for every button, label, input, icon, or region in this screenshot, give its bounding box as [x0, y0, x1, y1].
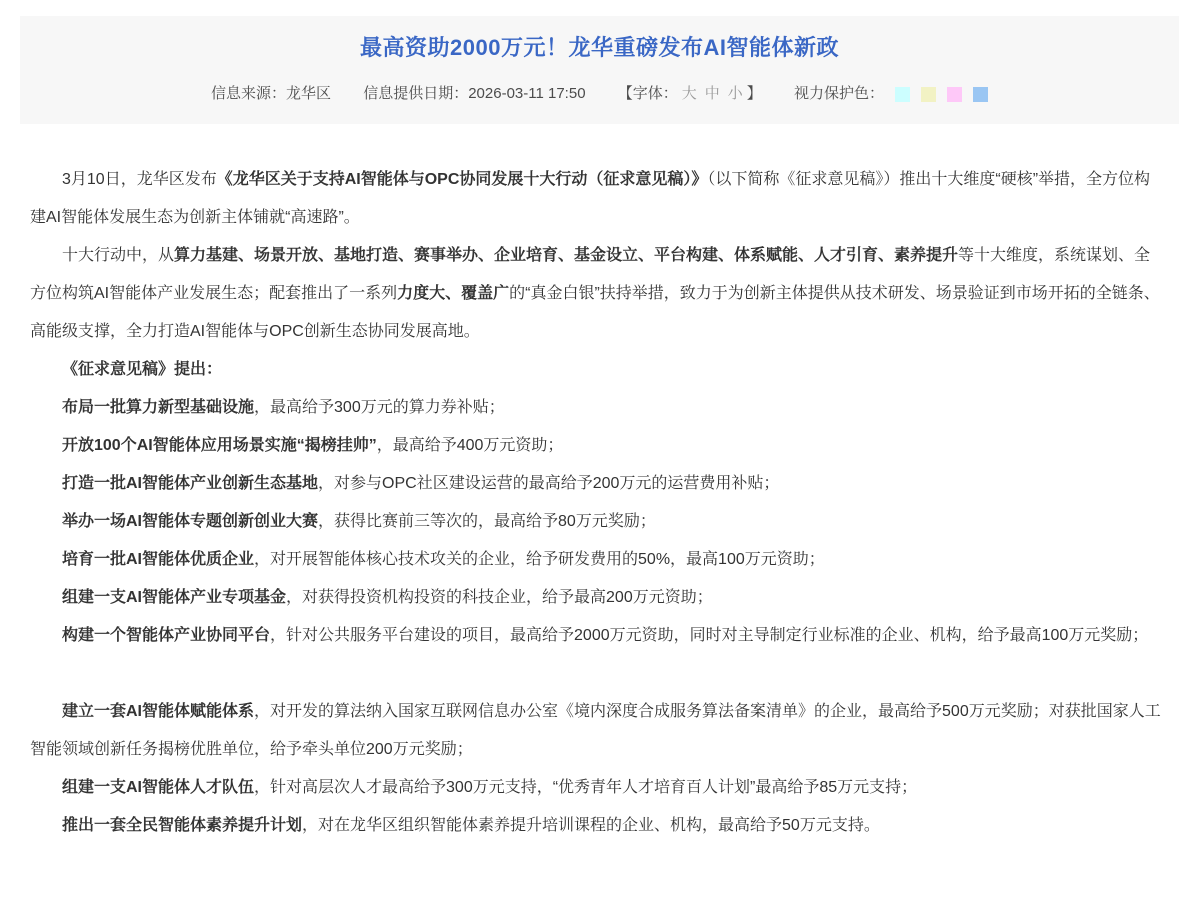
measure-innovation-bases: 打造一批AI智能体产业创新生态基地，对参与OPC社区建设运营的最高给予200万元… [30, 465, 1166, 503]
measure-application-scenarios: 开放100个AI智能体应用场景实施“揭榜挂帅”，最高给予400万元资助； [30, 427, 1166, 465]
measure-literacy-program: 推出一套全民智能体素养提升计划，对在龙华区组织智能体素养提升培训课程的企业、机构… [30, 807, 1166, 845]
paragraph-text: ，对开展智能体核心技术攻关的企业，给予研发费用的50%，最高100万元资助； [254, 551, 825, 568]
measure-competition: 举办一场AI智能体专题创新创业大赛，获得比赛前三等次的，最高给予80万元奖励； [30, 503, 1166, 541]
page-title: 最高资助2000万元！龙华重磅发布AI智能体新政 [20, 31, 1179, 62]
eye-protection-label: 视力保护色： [794, 85, 884, 102]
font-size-options: 大中小 [678, 85, 747, 102]
info-date-label: 信息提供日期： [363, 85, 468, 102]
measure-computing-infrastructure: 布局一批算力新型基础设施，最高给予300万元的算力券补贴； [30, 389, 1166, 427]
draft-proposes-heading: 《征求意见稿》提出： [30, 351, 1166, 389]
spacer-paragraph [30, 655, 1166, 693]
paragraph-text: ，针对公共服务平台建设的项目，最高给予2000万元资助，同时对主导制定行业标准的… [270, 627, 1148, 644]
article-body: 3月10日，龙华区发布《龙华区关于支持AI智能体与OPC协同发展十大行动（征求意… [0, 124, 1196, 845]
intro-paragraph: 3月10日，龙华区发布《龙华区关于支持AI智能体与OPC协同发展十大行动（征求意… [30, 161, 1166, 237]
paragraph-bold-text: 力度大、覆盖广 [397, 285, 509, 302]
paragraph-bold-text: 组建一支AI智能体产业专项基金 [62, 589, 286, 606]
info-date-value: 2026-03-11 17:50 [468, 85, 585, 102]
font-size-control: 【字体：大中小】 [618, 85, 762, 103]
font-size-label-end: 】 [747, 85, 762, 102]
paragraph-bold-text: 布局一批算力新型基础设施 [62, 399, 254, 416]
paragraph-text: ，最高给予300万元的算力券补贴； [254, 399, 505, 416]
measure-quality-enterprises: 培育一批AI智能体优质企业，对开展智能体核心技术攻关的企业，给予研发费用的50%… [30, 541, 1166, 579]
info-source-label: 信息来源： [211, 85, 286, 102]
info-source-value: 龙华区 [286, 85, 331, 102]
eye-color-swatch-3[interactable] [947, 87, 962, 102]
paragraph-text: ，针对高层次人才最高给予300万元支持，“优秀青年人才培育百人计划”最高给予85… [254, 779, 917, 796]
paragraph-text: ，最高给予400万元资助； [377, 437, 564, 454]
paragraph-bold-text: 开放100个AI智能体应用场景实施“揭榜挂帅” [62, 437, 377, 454]
overview-paragraph: 十大行动中，从算力基建、场景开放、基地打造、赛事举办、企业培育、基金设立、平台构… [30, 237, 1166, 351]
font-size-label-start: 【字体： [618, 85, 678, 102]
paragraph-bold-text: 《征求意见稿》提出： [62, 361, 222, 378]
paragraph-bold-text: 建立一套AI智能体赋能体系 [62, 703, 254, 720]
font-size-option-medium[interactable]: 中 [705, 85, 720, 103]
paragraph-bold-text: 算力基建、场景开放、基地打造、赛事举办、企业培育、基金设立、平台构建、体系赋能、… [174, 247, 958, 264]
info-date: 信息提供日期：2026-03-11 17:50 [363, 85, 585, 103]
paragraph-text: ，对在龙华区组织智能体素养提升培训课程的企业、机构，最高给予50万元支持。 [302, 817, 880, 834]
page: 最高资助2000万元！龙华重磅发布AI智能体新政 信息来源：龙华区 信息提供日期… [0, 0, 1196, 906]
font-size-option-large[interactable]: 大 [682, 85, 697, 103]
paragraph-bold-text: 举办一场AI智能体专题创新创业大赛 [62, 513, 318, 530]
eye-protection-swatches [884, 85, 988, 102]
info-source: 信息来源：龙华区 [211, 85, 331, 103]
paragraph-bold-text: 《龙华区关于支持AI智能体与OPC协同发展十大行动（征求意见稿）》 [217, 171, 708, 188]
paragraph-bold-text: 构建一个智能体产业协同平台 [62, 627, 270, 644]
measure-collaboration-platform: 构建一个智能体产业协同平台，针对公共服务平台建设的项目，最高给予2000万元资助… [30, 617, 1166, 655]
paragraph-text: 3月10日，龙华区发布 [62, 171, 217, 188]
paragraph-bold-text: 推出一套全民智能体素养提升计划 [62, 817, 302, 834]
measure-talent-team: 组建一支AI智能体人才队伍，针对高层次人才最高给予300万元支持，“优秀青年人才… [30, 769, 1166, 807]
article-header: 最高资助2000万元！龙华重磅发布AI智能体新政 信息来源：龙华区 信息提供日期… [20, 16, 1179, 124]
article-meta-row: 信息来源：龙华区 信息提供日期：2026-03-11 17:50 【字体：大中小… [20, 85, 1179, 103]
eye-color-swatch-2[interactable] [921, 87, 936, 102]
paragraph-text: 十大行动中，从 [62, 247, 174, 264]
paragraph-text: ，获得比赛前三等次的，最高给予80万元奖励； [318, 513, 656, 530]
paragraph-text: ，对参与OPC社区建设运营的最高给予200万元的运营费用补贴； [318, 475, 779, 492]
measure-empowerment-system: 建立一套AI智能体赋能体系，对开发的算法纳入国家互联网信息办公室《境内深度合成服… [30, 693, 1166, 769]
paragraph-bold-text: 培育一批AI智能体优质企业 [62, 551, 254, 568]
paragraph-text: ，对获得投资机构投资的科技企业，给予最高200万元资助； [286, 589, 713, 606]
measure-special-fund: 组建一支AI智能体产业专项基金，对获得投资机构投资的科技企业，给予最高200万元… [30, 579, 1166, 617]
eye-color-swatch-1[interactable] [895, 87, 910, 102]
eye-color-swatch-4[interactable] [973, 87, 988, 102]
paragraph-bold-text: 组建一支AI智能体人才队伍 [62, 779, 254, 796]
eye-protection-control: 视力保护色： [794, 85, 988, 103]
font-size-option-small[interactable]: 小 [728, 85, 743, 103]
paragraph-bold-text: 打造一批AI智能体产业创新生态基地 [62, 475, 318, 492]
